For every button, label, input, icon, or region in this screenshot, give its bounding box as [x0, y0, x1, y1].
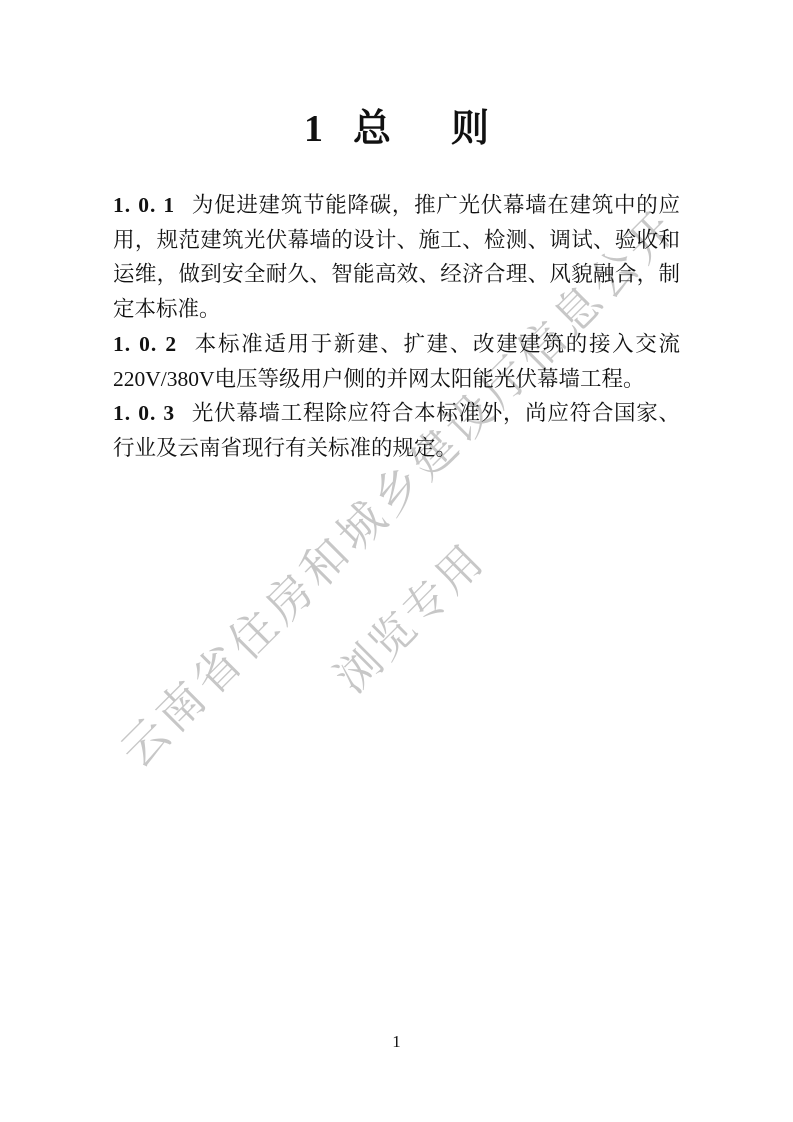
clause-paragraph: 1. 0. 3光伏幕墙工程除应符合本标准外，尚应符合国家、行业及云南省现行有关标…	[113, 396, 680, 465]
clause-number: 1. 0. 2	[113, 332, 177, 356]
chapter-heading: 1 总 则	[0, 108, 793, 152]
page-number: 1	[0, 1032, 793, 1052]
document-page: 云南省住房和城乡建设厅信息公开 浏览专用 1 总 则 1. 0. 1为促进建筑节…	[0, 0, 793, 1122]
chapter-title-char-1: 总	[353, 108, 391, 152]
clause-number: 1. 0. 1	[113, 193, 175, 217]
clause-text: 为促进建筑节能降碳，推广光伏幕墙在建筑中的应用，规范建筑光伏幕墙的设计、施工、检…	[113, 193, 680, 321]
clause-number: 1. 0. 3	[113, 401, 175, 425]
clauses-block: 1. 0. 1为促进建筑节能降碳，推广光伏幕墙在建筑中的应用，规范建筑光伏幕墙的…	[113, 188, 680, 466]
clause-text: 本标准适用于新建、扩建、改建建筑的接入交流220V/380V电压等级用户侧的并网…	[113, 332, 680, 391]
chapter-title-char-2: 则	[451, 108, 489, 152]
chapter-number: 1	[304, 108, 323, 152]
clause-paragraph: 1. 0. 2本标准适用于新建、扩建、改建建筑的接入交流220V/380V电压等…	[113, 327, 680, 396]
clause-paragraph: 1. 0. 1为促进建筑节能降碳，推广光伏幕墙在建筑中的应用，规范建筑光伏幕墙的…	[113, 188, 680, 327]
clause-text: 光伏幕墙工程除应符合本标准外，尚应符合国家、行业及云南省现行有关标准的规定。	[113, 401, 680, 460]
